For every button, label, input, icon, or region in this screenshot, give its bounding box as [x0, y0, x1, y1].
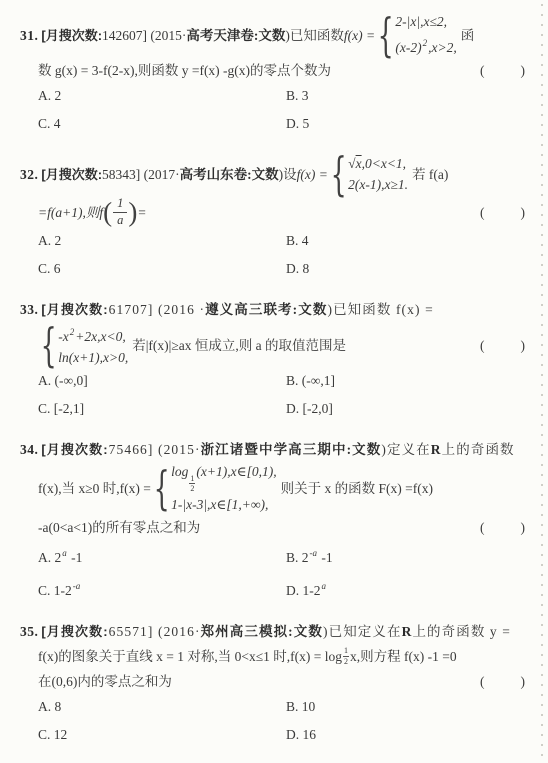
set-symbol-R: R	[402, 619, 413, 644]
question-number: 35.	[20, 619, 38, 644]
case-rest: ,x>2,	[428, 40, 457, 55]
question-35-stem-line-2: f(x)的图象关于直线 x = 1 对称,当 0<x≤1 时,f(x) = lo…	[38, 644, 532, 669]
stem-text: 数 g(x) = 3-f(2-x),则函数 y =f(x) -g(x)的零点个数…	[38, 58, 331, 83]
case-row-1: 2-|x|,x≤2,	[395, 12, 456, 32]
stem-text: 上的奇函数 y =	[412, 619, 511, 644]
stem-text-tail: 函	[461, 23, 475, 48]
search-count-value: 65571]	[109, 619, 154, 644]
piecewise-cases: 2-|x|,x≤2, (x-2)2,x>2,	[395, 12, 456, 58]
paren-right: )	[128, 199, 137, 226]
question-33-options: A. (-∞,0] B. (-∞,1] C. [-2,1] D. [-2,0]	[38, 368, 532, 422]
stem-text: =	[137, 200, 146, 225]
case-row-1: √x,0<x<1,	[348, 154, 408, 174]
option-text: A. 2	[38, 550, 61, 565]
piecewise-function: { 2-|x|,x≤2, (x-2)2,x>2,	[378, 12, 457, 58]
question-33: 33. [月搜次数: 61707] (2016 · 遵义高三联考:文数 ) 已知…	[20, 297, 532, 422]
question-32-stem-line-1: 32. [月搜次数: 58343] (2017· 高考山东卷:文数 ) 设 f(…	[20, 152, 532, 196]
log-base-fraction: 12	[189, 474, 195, 493]
question-31-stem-line-1: 31. [月搜次数: 142607] (2015· 高考天津卷:文数 ) 已知函…	[20, 12, 532, 58]
case-rest: ,0<x<1,	[362, 156, 406, 171]
stem-text: 在(0,6)内的零点之和为	[38, 669, 172, 694]
case-rest: (x+1),x∈[0,1),	[196, 464, 276, 479]
question-32: 32. [月搜次数: 58343] (2017· 高考山东卷:文数 ) 设 f(…	[20, 152, 532, 282]
piecewise-function: { √x,0<x<1, 2(x-1),x≥1.	[331, 152, 408, 196]
option-text: C. 1-2	[38, 583, 72, 598]
question-35-options: A. 8 B. 10 C. 12 D. 16	[38, 694, 532, 748]
function-definition: f(x) =	[297, 162, 328, 187]
exam-source-name: 高考山东卷:文数	[180, 162, 279, 187]
question-35-stem-line-1: 35. [月搜次数: 65571] (2016· 郑州高三模拟:文数 ) 已知定…	[20, 619, 532, 644]
option-d: D. 16	[286, 722, 532, 748]
answer-bracket: ( )	[480, 200, 526, 225]
fraction-numerator: 1	[113, 196, 127, 213]
stem-text: 上的奇函数	[442, 437, 515, 462]
option-d: D. 1-2a	[286, 573, 532, 604]
stem-text: 已知函数	[290, 23, 344, 48]
stem-text: f(x),当 x≥0 时,f(x) =	[38, 476, 151, 501]
case-row-1: -x2+2x,x<0,	[58, 322, 128, 347]
option-c: C. 6	[38, 256, 286, 282]
stem-text: 已知函数 f(x) =	[333, 297, 434, 322]
question-number: 31.	[20, 23, 38, 48]
question-35-stem-line-3: 在(0,6)内的零点之和为 ( )	[38, 669, 532, 694]
option-text: D. 1-2	[286, 583, 321, 598]
option-d: D. 5	[286, 111, 532, 137]
stem-text: -a(0<a<1)的所有零点之和为	[38, 515, 200, 540]
fraction-denominator: 2	[190, 484, 194, 493]
exam-source-open: (2015·	[158, 437, 201, 462]
superscript: 2	[423, 38, 428, 48]
option-b: B. 4	[286, 228, 532, 254]
piecewise-function: { -x2+2x,x<0, ln(x+1),x>0,	[41, 322, 128, 368]
superscript: a	[62, 548, 67, 558]
case-base: (x-2)	[395, 40, 421, 55]
answer-bracket: ( )	[480, 58, 526, 83]
exam-source-open: (2017·	[144, 162, 180, 187]
option-text: -1	[318, 550, 333, 565]
answer-bracket: ( )	[480, 669, 526, 694]
option-b: B. (-∞,1]	[286, 368, 532, 394]
option-b: B. 2-a -1	[286, 540, 532, 571]
answer-bracket: ( )	[480, 515, 526, 540]
search-count-label: [月搜次数:	[41, 23, 102, 48]
option-a: A. (-∞,0]	[38, 368, 286, 394]
option-text: -1	[68, 550, 83, 565]
option-a: A. 8	[38, 694, 286, 720]
question-34-stem-line-2: f(x),当 x≥0 时,f(x) = { log12(x+1),x∈[0,1)…	[38, 462, 532, 514]
question-number: 32.	[20, 162, 38, 187]
case-base: -x	[58, 329, 69, 344]
exam-page: 31. [月搜次数: 142607] (2015· 高考天津卷:文数 ) 已知函…	[0, 0, 548, 763]
question-32-options: A. 2 B. 4 C. 6 D. 8	[38, 228, 532, 282]
question-33-stem-line-1: 33. [月搜次数: 61707] (2016 · 遵义高三联考:文数 ) 已知…	[20, 297, 532, 322]
case-row-1: log12(x+1),x∈[0,1),	[171, 462, 276, 493]
paren-left: (	[103, 199, 112, 226]
question-34-stem-line-1: 34. [月搜次数: 75466] (2015· 浙江诸暨中学高三期中:文数 )…	[20, 437, 532, 462]
stem-text: 若|f(x)|≥ax 恒成立,则 a 的取值范围是	[132, 333, 346, 358]
option-c: C. 1-2-a	[38, 573, 286, 604]
option-a: A. 2	[38, 228, 286, 254]
superscript: -a	[310, 548, 318, 558]
option-b: B. 10	[286, 694, 532, 720]
exam-source-name: 浙江诸暨中学高三期中:文数	[201, 437, 382, 462]
fraction-denominator: 2	[344, 657, 348, 666]
search-count-value: 142607]	[102, 23, 147, 48]
search-count-label: [月搜次数:	[41, 619, 108, 644]
stem-text: 则关于 x 的函数 F(x) =f(x)	[281, 476, 433, 501]
question-33-stem-line-2: { -x2+2x,x<0, ln(x+1),x>0, 若|f(x)|≥ax 恒成…	[38, 322, 532, 368]
stem-text: 已知定义在	[329, 619, 402, 644]
brace-icon: {	[153, 466, 169, 510]
piecewise-cases: log12(x+1),x∈[0,1), 1-|x-3|,x∈[1,+∞),	[171, 462, 276, 514]
question-number: 34.	[20, 437, 38, 462]
case-row-2: ln(x+1),x>0,	[58, 348, 128, 368]
question-31: 31. [月搜次数: 142607] (2015· 高考天津卷:文数 ) 已知函…	[20, 12, 532, 137]
brace-icon: {	[330, 152, 346, 196]
search-count-label: [月搜次数:	[41, 162, 102, 187]
question-31-options: A. 2 B. 3 C. 4 D. 5	[38, 83, 532, 137]
search-count-value: 58343]	[102, 162, 140, 187]
radical-icon: √	[348, 156, 355, 171]
case-row-2: 2(x-1),x≥1.	[348, 175, 408, 195]
stem-text: x,则方程 f(x) -1 =0	[350, 644, 457, 669]
question-31-stem-line-2: 数 g(x) = 3-f(2-x),则函数 y =f(x) -g(x)的零点个数…	[38, 58, 532, 83]
question-35: 35. [月搜次数: 65571] (2016· 郑州高三模拟:文数 ) 已知定…	[20, 619, 532, 748]
option-a: A. 2	[38, 83, 286, 109]
fraction-numerator: 1	[343, 646, 349, 656]
piecewise-cases: √x,0<x<1, 2(x-1),x≥1.	[348, 154, 408, 195]
set-symbol-R: R	[431, 437, 442, 462]
option-b: B. 3	[286, 83, 532, 109]
superscript: a	[322, 581, 327, 591]
stem-text-tail: 若 f(a)	[412, 162, 448, 187]
brace-icon: {	[41, 323, 57, 367]
fraction-numerator: 1	[189, 474, 195, 484]
question-34-options: A. 2a -1 B. 2-a -1 C. 1-2-a D. 1-2a	[38, 540, 532, 604]
case-row-2: (x-2)2,x>2,	[395, 33, 456, 58]
fraction: 1a	[113, 196, 127, 228]
exam-source-open: (2016·	[158, 619, 201, 644]
option-d: D. 8	[286, 256, 532, 282]
superscript: -a	[73, 581, 81, 591]
case-rest: +2x,x<0,	[75, 329, 125, 344]
answer-bracket: ( )	[480, 333, 526, 358]
exam-source-open: (2016 ·	[158, 297, 205, 322]
question-34-stem-line-3: -a(0<a<1)的所有零点之和为 ( )	[38, 515, 532, 540]
page-edge-dots	[541, 4, 543, 759]
option-c: C. 12	[38, 722, 286, 748]
option-c: C. [-2,1]	[38, 396, 286, 422]
stem-text: 设	[283, 162, 297, 187]
question-number: 33.	[20, 297, 38, 322]
stem-text: 定义在	[387, 437, 431, 462]
function-definition: f(x) =	[344, 23, 375, 48]
log-base-fraction: 12	[343, 646, 349, 665]
piecewise-function: { log12(x+1),x∈[0,1), 1-|x-3|,x∈[1,+∞),	[154, 462, 277, 514]
brace-icon: {	[378, 13, 394, 57]
exam-source-name: 高考天津卷:文数	[186, 23, 285, 48]
fraction-denominator: a	[117, 213, 123, 229]
option-a: A. 2a -1	[38, 540, 286, 571]
option-c: C. 4	[38, 111, 286, 137]
exam-source-name: 遵义高三联考:文数	[205, 297, 327, 322]
exam-source-open: (2015·	[150, 23, 186, 48]
stem-text: =f(a+1),则f	[38, 200, 103, 225]
piecewise-cases: -x2+2x,x<0, ln(x+1),x>0,	[58, 322, 128, 368]
option-d: D. [-2,0]	[286, 396, 532, 422]
question-34: 34. [月搜次数: 75466] (2015· 浙江诸暨中学高三期中:文数 )…	[20, 437, 532, 603]
search-count-label: [月搜次数:	[41, 437, 108, 462]
log-label: log	[171, 464, 188, 479]
stem-text: f(x)的图象关于直线 x = 1 对称,当 0<x≤1 时,f(x) = lo…	[38, 644, 342, 669]
search-count-value: 75466]	[109, 437, 154, 462]
exam-source-name: 郑州高三模拟:文数	[201, 619, 323, 644]
case-row-2: 1-|x-3|,x∈[1,+∞),	[171, 495, 276, 515]
search-count-value: 61707]	[109, 297, 154, 322]
option-text: B. 2	[286, 550, 309, 565]
superscript: 2	[70, 327, 75, 337]
question-32-stem-line-2: =f(a+1),则f ( 1a ) = ( )	[38, 196, 532, 228]
